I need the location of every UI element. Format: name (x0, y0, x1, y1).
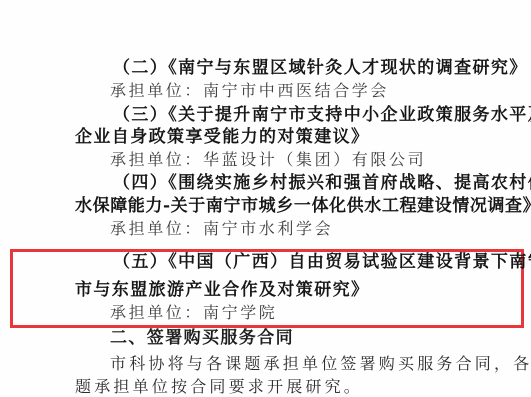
item-5-title-line-2: 市与东盟旅游产业合作及对策研究》 (75, 279, 369, 301)
item-5-unit: 承担单位：南宁学院 (110, 302, 277, 324)
item-4-title-line-1: （四）《围绕实施乡村振兴和强首府战略、提高农村供 (113, 172, 531, 194)
section-heading: 二、签署购买服务合同 (110, 327, 294, 349)
item-5-title-line-1: （五）《中国（广西）自由贸易试验区建设背景下南宁 (113, 251, 531, 273)
item-4-title-line-2: 水保障能力-关于南宁市城乡一体化供水工程建设情况调查》 (75, 195, 531, 217)
section-body-line-1: 市科协将与各课题承担单位签署购买服务合同，各课 (110, 353, 531, 375)
item-2-unit: 承担单位：南宁市中西医结合学会 (110, 80, 389, 102)
item-3-title-line-2: 企业自身政策享受能力的对策建议》 (75, 126, 369, 148)
item-4-unit: 承担单位：南宁市水利学会 (110, 218, 333, 240)
item-3-title-line-1: （三）《关于提升南宁市支持中小企业政策服务水平及 (113, 104, 531, 126)
item-3-unit: 承担单位：华蓝设计（集团）有限公司 (110, 149, 426, 171)
item-2-title-line-1: （二）《南宁与东盟区域针灸人才现状的调查研究》 (113, 57, 528, 79)
section-body-line-2: 题承担单位按合同要求开展研究。 (75, 376, 363, 397)
